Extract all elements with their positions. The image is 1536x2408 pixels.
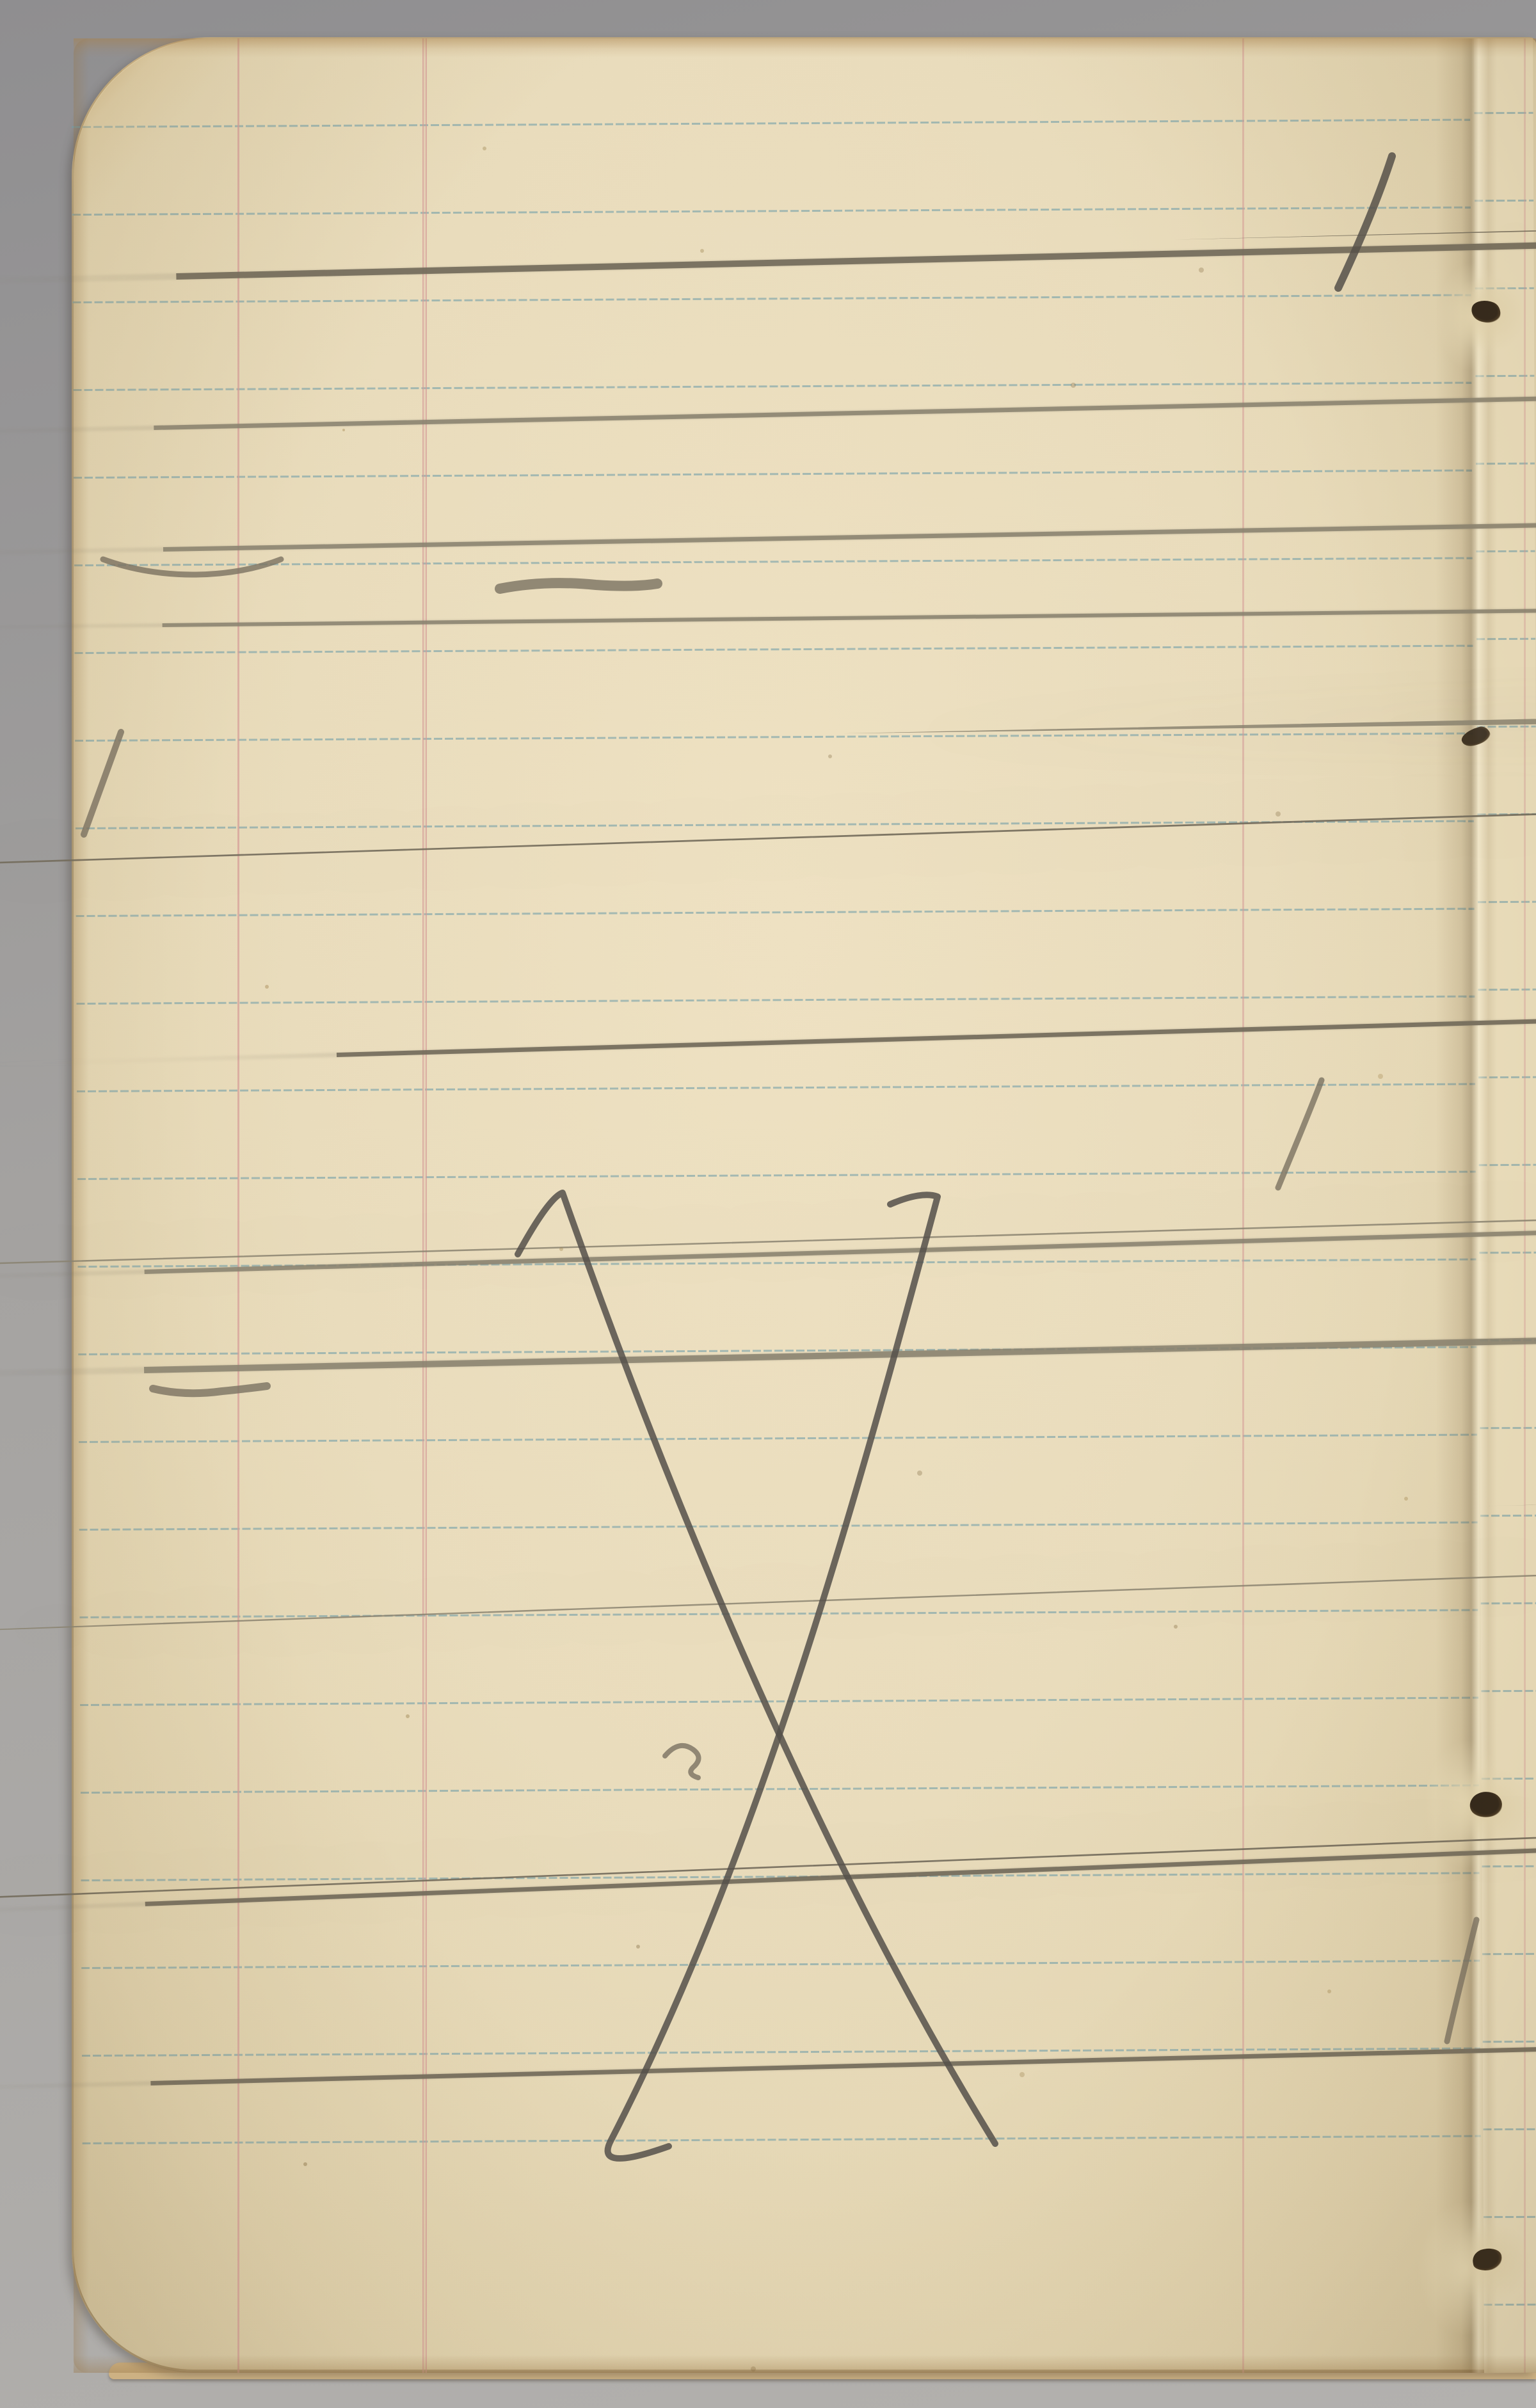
- margin-tick: [84, 732, 121, 834]
- slash-after-why: [1338, 156, 1392, 288]
- pencil-marks-overlay: [74, 38, 1536, 2373]
- slash-after-says: [1278, 1080, 1322, 1188]
- des-overbar: [500, 583, 657, 589]
- eine-extra-underline: [153, 1386, 267, 1393]
- small-squiggle: [665, 1746, 699, 1778]
- paper-fibers: [342, 429, 345, 431]
- x-stroke-a: [518, 1193, 995, 2144]
- notebook-page: Bay — But That's no why.Susie — Nein! ne…: [72, 37, 1536, 2372]
- x-stroke-b: [608, 1195, 938, 2158]
- scanner-background: Bay — But That's no why.Susie — Nein! ne…: [0, 0, 1536, 2408]
- slash-right-bottom: [1447, 1920, 1476, 2041]
- susie-underline-swash: [103, 559, 281, 575]
